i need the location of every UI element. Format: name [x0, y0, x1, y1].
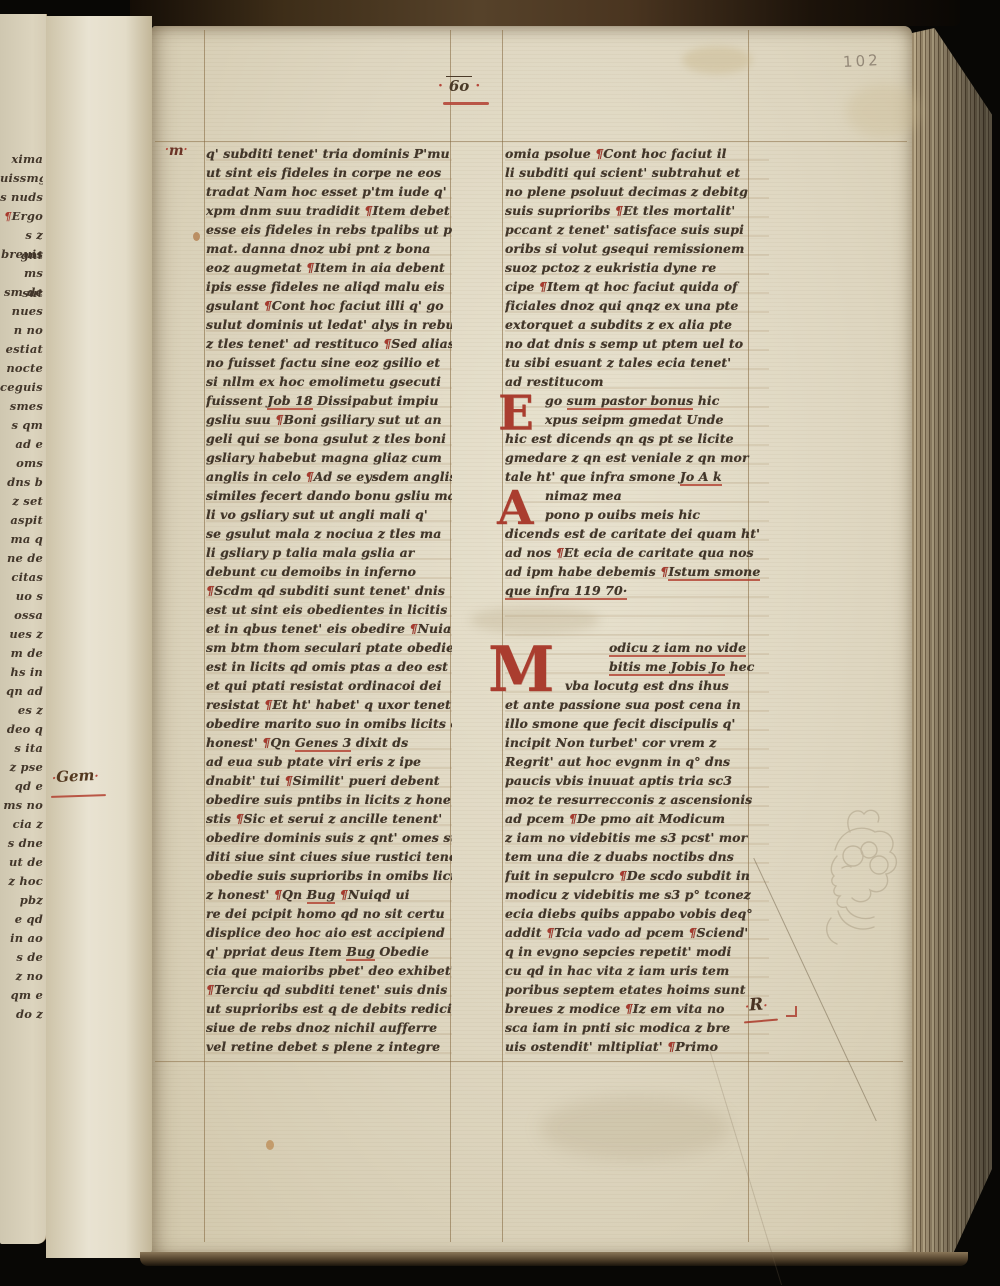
text-line: z tles tenet' ad restituco ¶Sed aliass [206, 334, 452, 353]
margin-letter-tick-right: · [184, 143, 188, 156]
text-line: modicu z videbitis me s3 p° tconez [505, 885, 769, 904]
text-line: uissmg [0, 169, 43, 188]
show-through-smudge [470, 606, 600, 634]
ruling-horizontal-bottom [155, 1061, 903, 1062]
text-line: nues [0, 302, 43, 321]
text-line: obedie suis suprioribs in omibs licits [206, 866, 452, 885]
text-line: diti siue sint ciues siue rustici tenet' [206, 847, 452, 866]
book-cover-edge [130, 0, 960, 26]
text-line: z pse [0, 758, 43, 777]
parchment-stain-2 [846, 84, 920, 138]
text-line: ma q [0, 530, 43, 549]
text-line: que infra 119 70· [505, 581, 769, 600]
text-line: qd e [0, 777, 43, 796]
text-line: geli qui se bona gsulut z tles boni [206, 429, 452, 448]
text-line: ad ipm habe debemis ¶Istum smone [505, 562, 769, 581]
text-line: q' subditi tenet' tria dominis P'mu [206, 144, 452, 163]
header-dot-right: · [475, 78, 480, 94]
text-line: z no [0, 967, 43, 986]
text-line: tem una die z duabs noctibs dns [505, 847, 769, 866]
text-line: ut de [0, 853, 43, 872]
text-line: re dei pcipit homo qd no sit certu [206, 904, 452, 923]
text-line: siue de rebs dnoz nichil aufferre [206, 1018, 452, 1037]
text-line: sulut dominis ut ledat' alys in rebus [206, 315, 452, 334]
text-line: cu qd in hac vita z iam uris tem [505, 961, 769, 980]
text-line: m de [0, 644, 43, 663]
text-line: do z [0, 1005, 43, 1024]
text-column-left: q' subditi tenet' tria dominis P'muut si… [206, 144, 452, 1059]
text-line: ut suprioribs est q de debits redicibs [206, 999, 452, 1018]
bottom-page-edge [140, 1252, 968, 1266]
margin-mark-r-bracket [786, 1006, 797, 1017]
manuscript-photo: ximauissmgs nuds¶Ergos z gntbreuisms sut… [0, 0, 1000, 1286]
text-line: qm e [0, 986, 43, 1005]
text-line: li gsliary p talia mala gslia ar [206, 543, 452, 562]
text-line: q in evgno sepcies repetit' modi [505, 942, 769, 961]
text-line: oribs si volut gsequi remissionem [505, 239, 769, 258]
text-line: similes fecert dando bonu gsliu ma [206, 486, 452, 505]
text-line: debunt cu demoibs in inferno [206, 562, 452, 581]
text-line: ipis esse fideles ne aliqd malu eis [206, 277, 452, 296]
text-line: n no [0, 321, 43, 340]
text-line: hic est dicends qn qs pt se licite [505, 429, 769, 448]
text-line: ad e [0, 435, 43, 454]
text-line: ad eua sub ptate viri eris z ipe [206, 752, 452, 771]
text-line: dns b [0, 473, 43, 492]
text-line: z set [0, 492, 43, 511]
previous-page-strip: ximauissmgs nuds¶Ergos z gntbreuisms sut… [0, 14, 47, 1244]
text-line: et qui ptati resistat ordinacoi dei [206, 676, 452, 695]
rubric-initial-A: A [497, 485, 533, 532]
rubric-initial-M: M [488, 639, 551, 702]
text-line: in ao [0, 929, 43, 948]
text-line: sca iam in pnti sic modica z bre [505, 1018, 769, 1037]
text-line: paucis vbis inuuat aptis tria sc3 [505, 771, 769, 790]
text-line: moz te resurrecconis z ascensionis [505, 790, 769, 809]
text-line: ut sint eis fideles in corpe ne eos [206, 163, 452, 182]
text-line: ficiales dnoz qui qnqz ex una pte [505, 296, 769, 315]
text-line: mat. danna dnoz ubi pnt z bona [206, 239, 452, 258]
text-line: z honest' ¶Qn Bug ¶Nuiqd ui [206, 885, 452, 904]
text-line: pccant z tenet' satisface suis supi [505, 220, 769, 239]
text-line: ¶Terciu qd subditi tenet' suis dnis [206, 980, 452, 999]
text-line: gsliu suu ¶Boni gsiliary sut ut an [206, 410, 452, 429]
text-line: li subditi qui scient' subtrahut et [505, 163, 769, 182]
text-line: gsliary habebut magna gliaz cum [206, 448, 452, 467]
text-column-right: omia psolue ¶Cont hoc faciut illi subdit… [505, 144, 769, 1059]
text-line: suoz pctoz z eukristia dyne re [505, 258, 769, 277]
text-line: tu sibi esuant z tales ecia tenet' [505, 353, 769, 372]
text-line: obedire dominis suis z qnt' omes sub [206, 828, 452, 847]
text-line: s dne [0, 834, 43, 853]
gutter-margin [46, 16, 152, 1258]
text-line: extorquet a subdits z ex alia pte [505, 315, 769, 334]
text-line: ad pcem ¶De pmo ait Modicum [505, 809, 769, 828]
text-line: s qm [0, 416, 43, 435]
margin-face-sketch [793, 798, 908, 973]
text-line: go sum pastor bonus hic [505, 391, 769, 410]
text-line: dnabit' tui ¶Similit' pueri debent [206, 771, 452, 790]
text-line: eoz augmetat ¶Item in aia debent [206, 258, 452, 277]
text-line: ossa [0, 606, 43, 625]
text-line: poribus septem etates hoims sunt [505, 980, 769, 999]
text-line: z iam no videbitis me s3 pcst' mor [505, 828, 769, 847]
text-line: incipit Non turbet' cor vrem z [505, 733, 769, 752]
text-line: li vo gsliary sut ut angli mali q' [206, 505, 452, 524]
folio-number: 102 [843, 51, 882, 71]
text-line: esse eis fideles in rebs tpalibs ut pue [206, 220, 452, 239]
text-line: illo smone que fecit discipulis q' [505, 714, 769, 733]
text-line: s z gnt [0, 226, 43, 245]
text-line: ¶Scdm qd subditi sunt tenet' dnis [206, 581, 452, 600]
text-line: ne de [0, 549, 43, 568]
text-line: obedire suis pntibs in licits z hone [206, 790, 452, 809]
text-line: ad nos ¶Et ecia de caritate qua nos [505, 543, 769, 562]
text-line: si nllm ex hoc emolimetu gsecuti [206, 372, 452, 391]
text-line: breues z modice ¶Iz em vita no [505, 999, 769, 1018]
text-line: ms sut [0, 264, 43, 283]
text-line: ad restitucom [505, 372, 769, 391]
margin-note-gen: ·Gem· [52, 766, 99, 786]
gen-tick-right: · [94, 769, 99, 783]
text-line: ms no [0, 796, 43, 815]
text-line: no plene psoluut decimas z debitg [505, 182, 769, 201]
text-line: Regrit' aut hoc evgnm in q° dns [505, 752, 769, 771]
text-line: no dat dnis s semp ut ptem uel to [505, 334, 769, 353]
text-line: omia psolue ¶Cont hoc faciut il [505, 144, 769, 163]
fore-edge-page-stack [912, 28, 992, 1268]
text-line: s ita [0, 739, 43, 758]
text-line: tale ht' que infra smone Jo A k [505, 467, 769, 486]
previous-page-text-fragments: ximauissmgs nuds¶Ergos z gntbreuisms sut… [0, 150, 43, 1070]
text-line: e qd [0, 910, 43, 929]
margin-letter-m: ·m· [165, 143, 188, 159]
text-line: anglis in celo ¶Ad se eysdem anglis [206, 467, 452, 486]
text-line: no fuisset factu sine eoz gsilio et [206, 353, 452, 372]
margin-mark-r: ·R· [744, 994, 768, 1016]
text-line: s de [0, 948, 43, 967]
text-line: addit ¶Tcia vado ad pcem ¶Sciend' [505, 923, 769, 942]
text-line: tradat Nam hoc esset p'tm iude q' [206, 182, 452, 201]
text-line: xpus seipm gmedat Unde [505, 410, 769, 429]
text-line: gmedare z qn est veniale z qn mor [505, 448, 769, 467]
text-line: ecia diebs quibs appabo vobis deq° [505, 904, 769, 923]
text-line: est ut sint eis obedientes in licitis [206, 600, 452, 619]
text-line: ceguisti [0, 378, 43, 397]
text-line: resistat ¶Et ht' habet' q uxor tenet' [206, 695, 452, 714]
rubric-initial-E: E [498, 390, 534, 438]
text-line: obedire marito suo in omibs licits et [206, 714, 452, 733]
text-line: sm btm thom seculari ptate obediet [206, 638, 452, 657]
text-line: citas [0, 568, 43, 587]
text-line: est in licits qd omis ptas a deo est [206, 657, 452, 676]
text-line: z hoc [0, 872, 43, 891]
text-line: breuis [0, 245, 43, 264]
running-header: · 6o · [438, 76, 480, 96]
text-line: se gsulut mala z nociua z tles ma [206, 524, 452, 543]
margin-letter-glyph: m [169, 143, 184, 159]
text-line: xima [0, 150, 43, 169]
ink-spot-2 [266, 1140, 274, 1150]
text-line: vel retine debet s plene z integre [206, 1037, 452, 1056]
text-line: fuit in sepulcro ¶De scdo subdit in [505, 866, 769, 885]
text-line: uis ostendit' mltipliat' ¶Primo [505, 1037, 769, 1056]
text-line: aspit [0, 511, 43, 530]
text-line: nocte [0, 359, 43, 378]
text-line: stis ¶Sic et serui z ancille tenent' [206, 809, 452, 828]
text-line: dicends est de caritate dei quam ht' [505, 524, 769, 543]
text-line: pono p ouibs meis hic [505, 505, 769, 524]
text-line: gsulant ¶Cont hoc faciut illi q' go [206, 296, 452, 315]
text-line: q' ppriat deus Item Bug Obedie [206, 942, 452, 961]
text-line: honest' ¶Qn Genes 3 dixit ds [206, 733, 452, 752]
text-line: fuissent Job 18 Dissipabut impiu [206, 391, 452, 410]
text-line: xpm dnm suu tradidit ¶Item debet [206, 201, 452, 220]
show-through-smudge-2 [540, 1096, 730, 1160]
text-line: pbz [0, 891, 43, 910]
text-line: qn ad [0, 682, 43, 701]
text-line: uo s [0, 587, 43, 606]
header-dot-left: · [438, 78, 443, 94]
text-line: ues z [0, 625, 43, 644]
text-line: sm de [0, 283, 43, 302]
text-line: smes [0, 397, 43, 416]
text-line: nimaz mea [505, 486, 769, 505]
parchment-stain [682, 46, 752, 74]
header-number: 6o [446, 76, 472, 96]
text-line: es z [0, 701, 43, 720]
text-line: cipe ¶Item qt hoc faciut quida of [505, 277, 769, 296]
ruling-horizontal-top [155, 141, 907, 142]
text-line: oms [0, 454, 43, 473]
text-line: deo q [0, 720, 43, 739]
text-line: cia z [0, 815, 43, 834]
text-line: cia que maioribs pbet' deo exhibet' [206, 961, 452, 980]
gen-text: Gem [56, 766, 95, 786]
text-line: ¶Ergo [0, 207, 43, 226]
text-line: et in qbus tenet' eis obedire ¶Nuia [206, 619, 452, 638]
header-underline [443, 102, 489, 105]
r-tick-right: · [763, 998, 768, 1012]
text-line: estiat [0, 340, 43, 359]
text-line: suis suprioribs ¶Et tles mortalit' [505, 201, 769, 220]
ink-spot [193, 232, 200, 241]
text-line: displice deo hoc aio est accipiend [206, 923, 452, 942]
text-line: s nuds [0, 188, 43, 207]
text-line: hs in [0, 663, 43, 682]
